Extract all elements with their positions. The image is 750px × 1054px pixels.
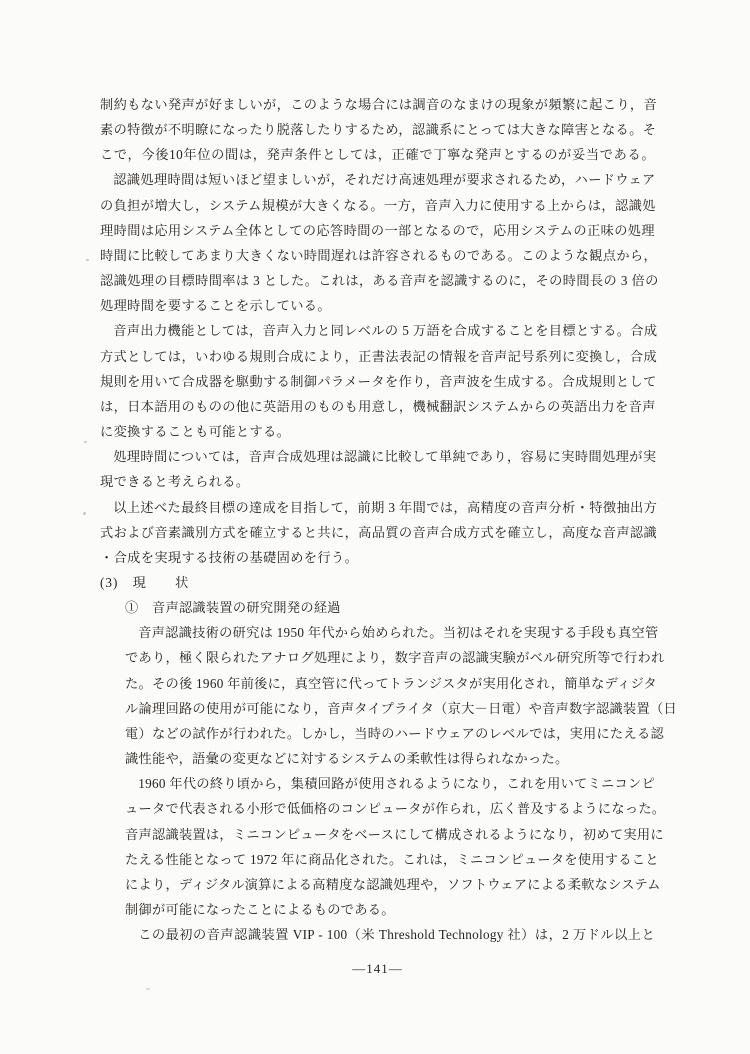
text-line: 音声認識装置は，ミニコンピュータをベースにして構成されるようになり，初めて実用に [125, 822, 655, 847]
scan-speck [84, 441, 87, 443]
page-number: —141— [100, 956, 655, 981]
text-line: であり，極く限られたアナログ処理により，数字音声の認識実験がベル研究所等で行われ [125, 645, 655, 670]
text-line: 制約もない発声が好ましいが，このような場合には調音のなまけの現象が頻繁に起こり，… [100, 92, 655, 117]
text-line: により，ディジタル演算による高精度な認識処理や，ソフトウェアによる柔軟なシステム [125, 872, 655, 897]
text-line: 理時間は応用システム全体としての応答時間の一部となるので，応用システムの正味の処… [100, 218, 655, 243]
text-line: た。その後 1960 年前後に，真空管に代ってトランジスタが実用化され，簡単なデ… [125, 671, 655, 696]
text-line: 現できると考えられる。 [100, 469, 655, 494]
text-line: 時間に比較してあまり大きくない時間遅れは許容されるものである。このような観点から… [100, 243, 655, 268]
text-line: は，日本語用のものの他に英語用のものも用意し，機械翻訳システムからの英語出力を音… [100, 394, 655, 419]
text-line: 式および音素識別方式を確立すると共に，高品質の音声合成方式を確立し，高度な音声認… [100, 520, 655, 545]
text-line: 認識処理時間は短いほど望ましいが，それだけ高速処理が要求されるため，ハードウェア [100, 167, 655, 192]
text-line: 1960 年代の終り頃から，集積回路が使用されるようになり，これを用いてミニコン… [125, 771, 655, 796]
document-page: 制約もない発声が好ましいが，このような場合には調音のなまけの現象が頻繁に起こり，… [0, 0, 750, 1054]
text-line: たえる性能となって 1972 年に商品化された。これは，ミニコンピュータを使用す… [125, 847, 655, 872]
text-line: ュータで代表される小形で低価格のコンピュータが作られ，広く普及するようになった。 [125, 796, 655, 821]
text-line: 以上述べた最終目標の達成を目指して，前期 3 年間では，高精度の音声分析・特徴抽… [100, 495, 655, 520]
scan-speck [86, 259, 89, 261]
subsection-heading: ① 音声認識装置の研究開発の経過 [125, 595, 655, 620]
text-line: 識性能や，語彙の変更などに対するシステムの柔軟性は得られなかった。 [125, 746, 655, 771]
text-line: の負担が増大し，システム規模が大きくなる。一方，音声入力に使用する上からは，認識… [100, 193, 655, 218]
text-line: 素の特徴が不明瞭になったり脱落したりするため，認識系にとっては大きな障害となる。… [100, 117, 655, 142]
scan-speck [83, 512, 86, 515]
subsection-block: ① 音声認識装置の研究開発の経過 音声認識技術の研究は 1950 年代から始めら… [125, 595, 655, 947]
scan-speck [146, 988, 150, 990]
text-line: 規則を用いて合成器を駆動する制御パラメータを作り，音声波を生成する。合成規則とし… [100, 369, 655, 394]
text-line: ル論理回路の使用が可能になり，音声タイプライタ（京大－日電）や音声数字認識装置（… [125, 696, 655, 721]
text-line: 電）などの試作が行われた。しかし，当時のハードウェアのレベルでは，実用にたえる認 [125, 721, 655, 746]
text-line: こで，今後10年位の間は，発声条件としては，正確で丁寧な発声とするのが妥当である… [100, 142, 655, 167]
text-line: 音声出力機能としては，音声入力と同レベルの 5 万語を合成することを目標とする。… [100, 318, 655, 343]
section-heading: (3) 現 状 [100, 570, 655, 595]
text-block: 制約もない発声が好ましいが，このような場合には調音のなまけの現象が頻繁に起こり，… [100, 92, 655, 981]
text-line: 処理時間を要することを示している。 [100, 293, 655, 318]
text-line: 認識処理の目標時間率は 3 とした。これは，ある音声を認識するのに，その時間長の… [100, 268, 655, 293]
text-line: ・合成を実現する技術の基礎固めを行う。 [100, 545, 655, 570]
text-line: 音声認識技術の研究は 1950 年代から始められた。当初はそれを実現する手段も真… [125, 620, 655, 645]
text-line: 処理時間については，音声合成処理は認識に比較して単純であり，容易に実時間処理が実 [100, 444, 655, 469]
text-line: に変換することも可能とする。 [100, 419, 655, 444]
text-line: 制御が可能になったことによるものである。 [125, 897, 655, 922]
text-line: この最初の音声認識装置 VIP - 100（米 Threshold Techno… [125, 922, 655, 947]
text-line: 方式としては，いわゆる規則合成により，正書法表記の情報を音声記号系列に変換し，合… [100, 344, 655, 369]
